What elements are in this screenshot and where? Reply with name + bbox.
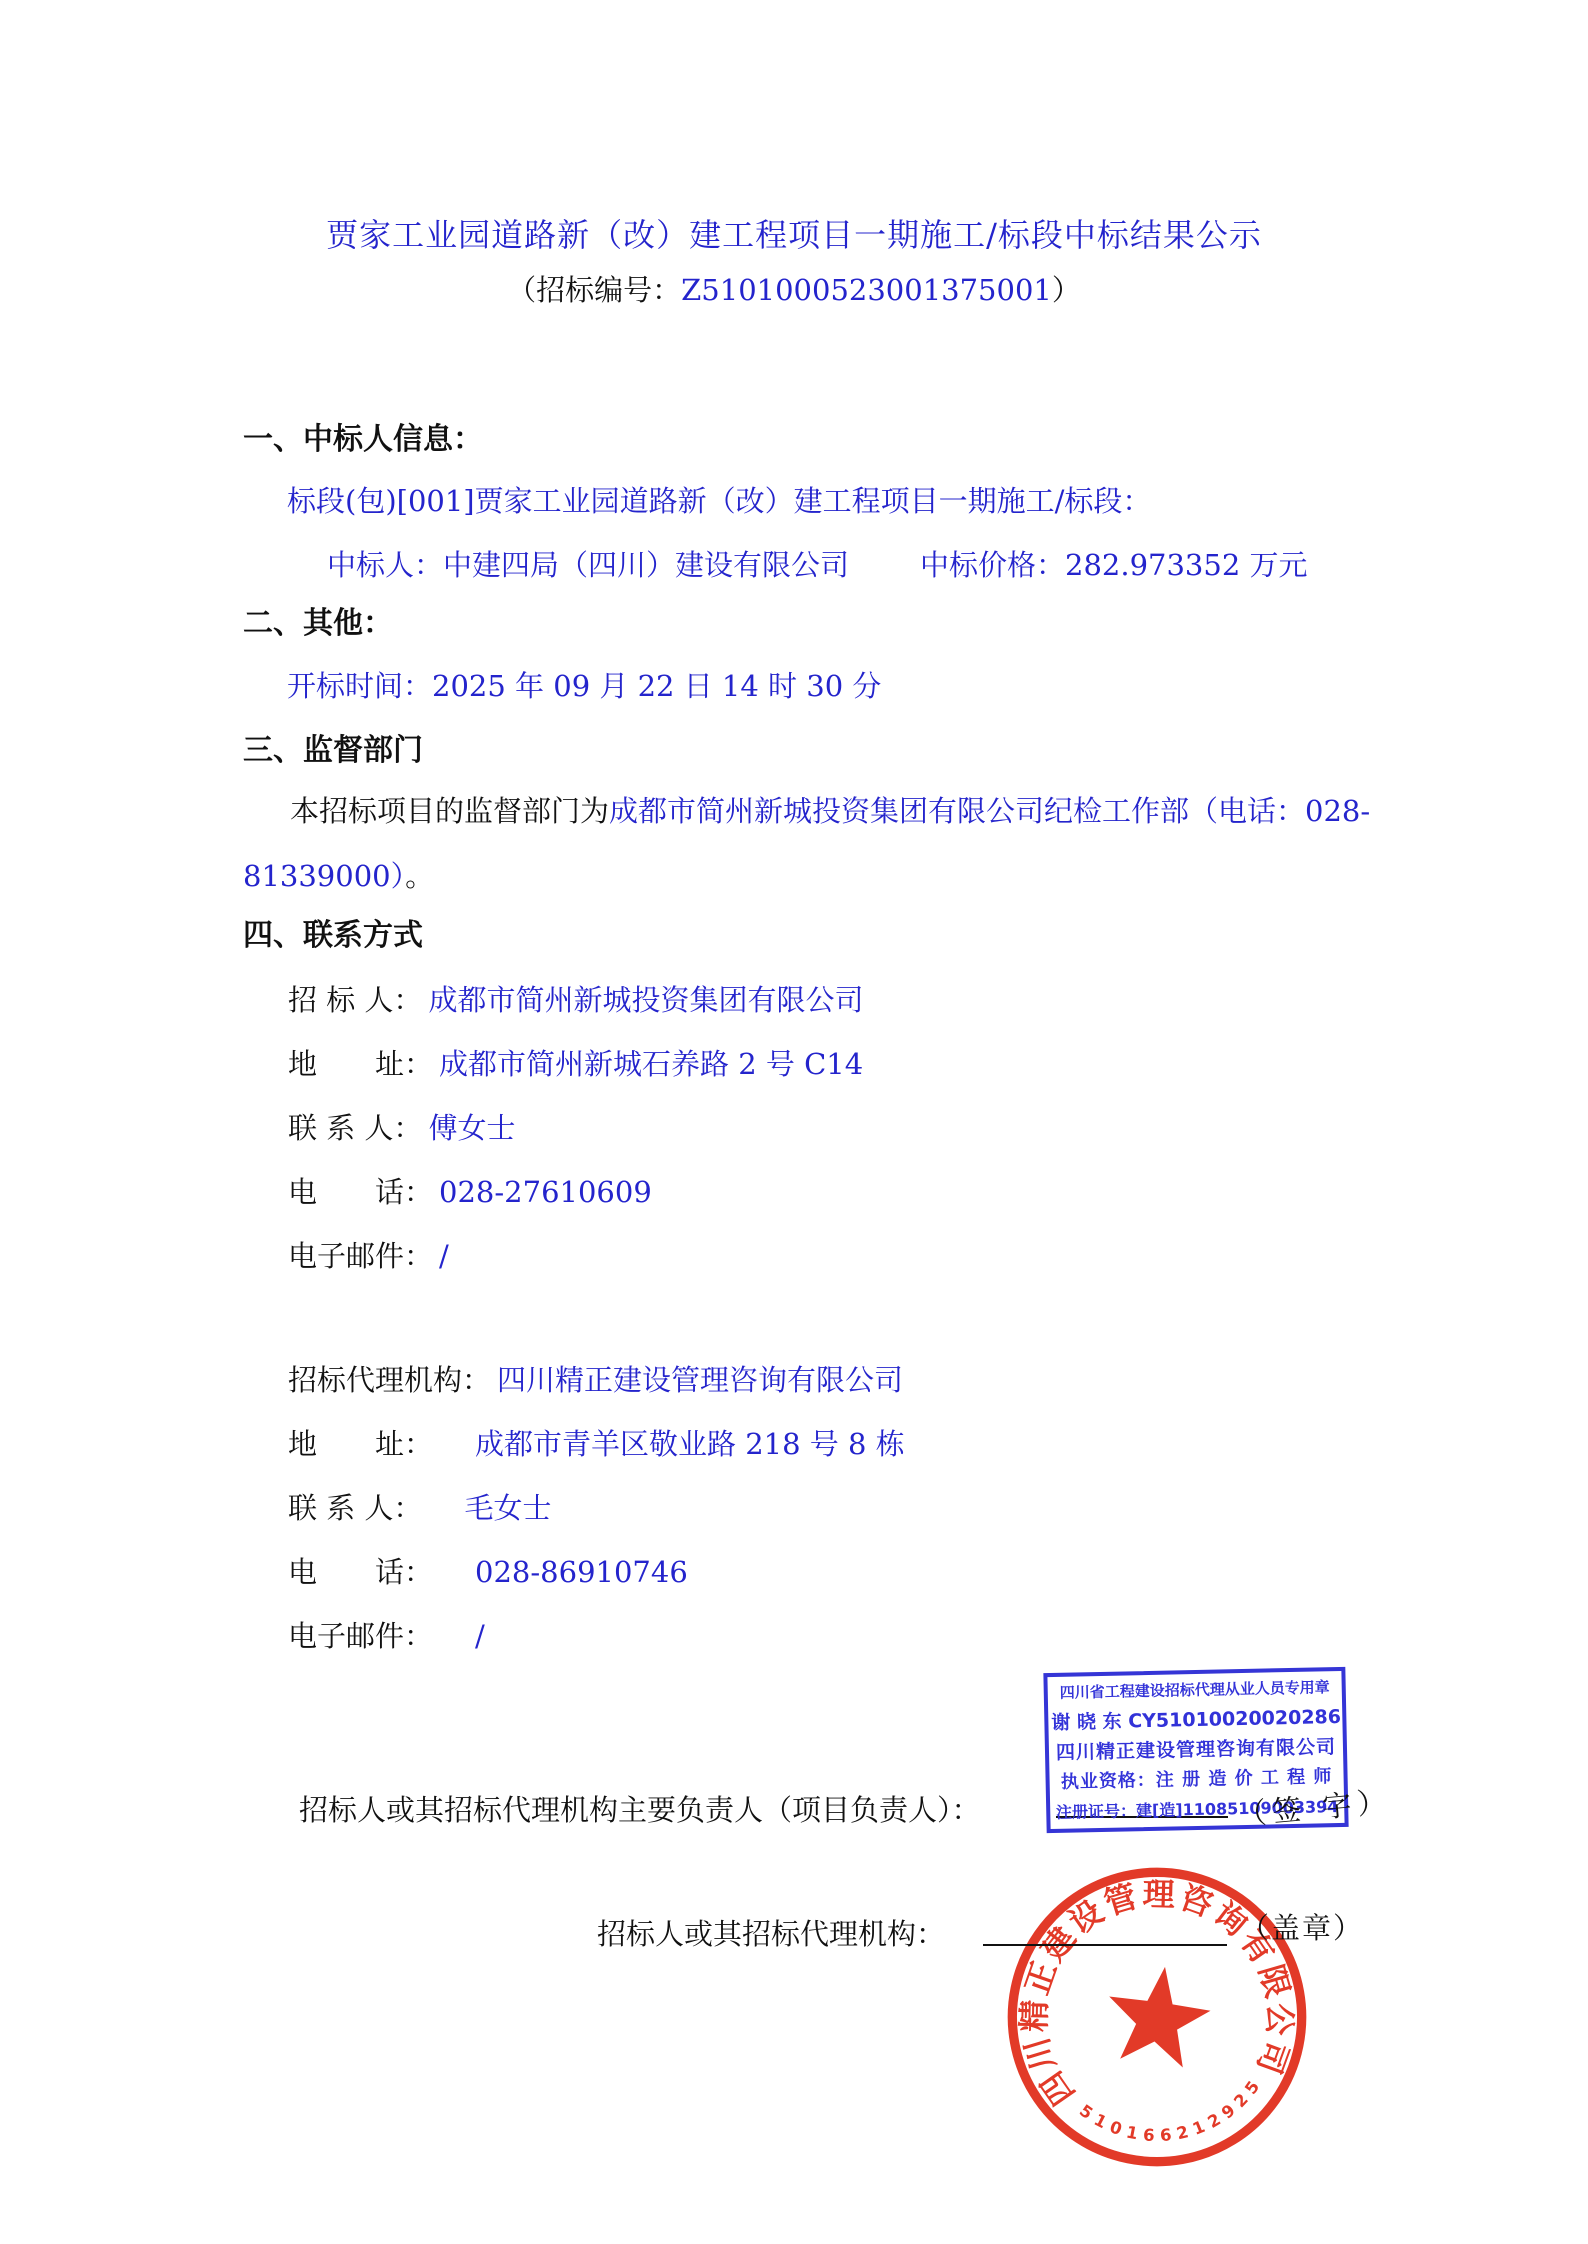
page-title: 贾家工业园道路新（改）建工程项目一期施工/标段中标结果公示	[0, 210, 1588, 256]
phone-value: 028-27610609	[439, 1175, 652, 1209]
supervision-line-1-black: 本招标项目的监督部门为	[290, 794, 609, 828]
supervision-line-1: 本招标项目的监督部门为成都市简州新城投资集团有限公司纪检工作部（电话：028-	[290, 789, 1370, 830]
address-label: 地 址：	[288, 1047, 433, 1081]
responsible-person-signature-line: 招标人或其招标代理机构主要负责人（项目负责人）：	[299, 1788, 981, 1829]
seal-here-hint: （盖章）	[1240, 1906, 1364, 1947]
agency-phone-label: 电 话：	[288, 1555, 433, 1589]
stamp-line-company: 四川精正建设管理咨询有限公司	[1052, 1733, 1341, 1766]
contact-value: 傅女士	[428, 1111, 515, 1145]
stamp-line-title: 四川省工程建设招标代理从业人员专用章	[1051, 1674, 1340, 1707]
agency-label: 招标代理机构：	[288, 1363, 491, 1397]
agency-email-value: /	[475, 1619, 485, 1653]
stamp-line-person: 谢 晓 东 CY51010020020286	[1051, 1704, 1340, 1737]
agency-signature-line: 招标人或其招标代理机构：	[597, 1912, 945, 1953]
supervision-line-1-blue: 成都市简州新城投资集团有限公司纪检工作部（电话：028-	[609, 794, 1370, 828]
tenderer-address-row: 地 址：成都市简州新城石养路 2 号 C14	[288, 1042, 863, 1083]
open-time-line: 开标时间：2025 年 09 月 22 日 14 时 30 分	[287, 664, 881, 705]
document-page: 贾家工业园道路新（改）建工程项目一期施工/标段中标结果公示 （招标编号：Z510…	[0, 0, 1588, 2244]
agency-contact-row: 联 系 人：毛女士	[288, 1486, 551, 1527]
agency-value: 四川精正建设管理咨询有限公司	[497, 1363, 903, 1397]
email-value: /	[439, 1239, 449, 1273]
agency-address-label: 地 址：	[288, 1427, 433, 1461]
agency-row: 招标代理机构：四川精正建设管理咨询有限公司	[288, 1358, 903, 1399]
tenderer-phone-row: 电 话：028-27610609	[288, 1170, 652, 1211]
agency-email-label: 电子邮件：	[288, 1619, 433, 1653]
supervision-phone-rest: 81339000）	[243, 859, 405, 893]
contact-label: 联 系 人：	[288, 1111, 422, 1145]
winner-name: 中标人：中建四局（四川）建设有限公司	[327, 548, 849, 582]
section-2-heading: 二、其他：	[243, 598, 393, 642]
supervision-line-2: 81339000）。	[243, 854, 434, 895]
phone-label: 电 话：	[288, 1175, 433, 1209]
tenderer-label: 招 标 人：	[288, 983, 422, 1017]
tenderer-contact-row: 联 系 人：傅女士	[288, 1106, 515, 1147]
agency-address-row: 地 址：成都市青羊区敬业路 218 号 8 栋	[288, 1422, 905, 1463]
star-icon	[1101, 1960, 1216, 2071]
section-4-heading: 四、联系方式	[243, 910, 423, 954]
bid-code-prefix: （招标编号：	[507, 273, 681, 307]
agency-phone-value: 028-86910746	[475, 1555, 688, 1589]
bid-code-suffix: ）	[1052, 273, 1081, 307]
section-3-heading: 三、监督部门	[243, 725, 423, 769]
agency-contact-value: 毛女士	[464, 1491, 551, 1525]
company-seal: 四川精正建设管理咨询有限公司 510166212925	[977, 1837, 1336, 2196]
tenderer-value: 成都市简州新城投资集团有限公司	[428, 983, 863, 1017]
bid-code: Z5101000523001375001	[681, 273, 1052, 307]
email-label: 电子邮件：	[288, 1239, 433, 1273]
agency-contact-label: 联 系 人：	[288, 1491, 422, 1525]
tenderer-email-row: 电子邮件：/	[288, 1234, 449, 1275]
agency-address-value: 成都市青羊区敬业路 218 号 8 栋	[475, 1427, 905, 1461]
agency-email-row: 电子邮件：/	[288, 1614, 485, 1655]
winner-price: 中标价格：282.973352 万元	[920, 543, 1308, 584]
winner-line: 中标人：中建四局（四川）建设有限公司中标价格：282.973352 万元	[327, 543, 849, 584]
lot-line: 标段(包)[001]贾家工业园道路新（改）建工程项目一期施工/标段：	[287, 479, 1151, 520]
address-value: 成都市简州新城石养路 2 号 C14	[439, 1047, 863, 1081]
bid-code-line: （招标编号：Z5101000523001375001）	[0, 268, 1588, 309]
supervision-line-2-period: 。	[405, 859, 434, 893]
seal-underline	[983, 1944, 1227, 1946]
agency-phone-row: 电 话：028-86910746	[288, 1550, 688, 1591]
section-1-heading: 一、中标人信息：	[243, 414, 483, 458]
tenderer-row: 招 标 人：成都市简州新城投资集团有限公司	[288, 978, 863, 1019]
